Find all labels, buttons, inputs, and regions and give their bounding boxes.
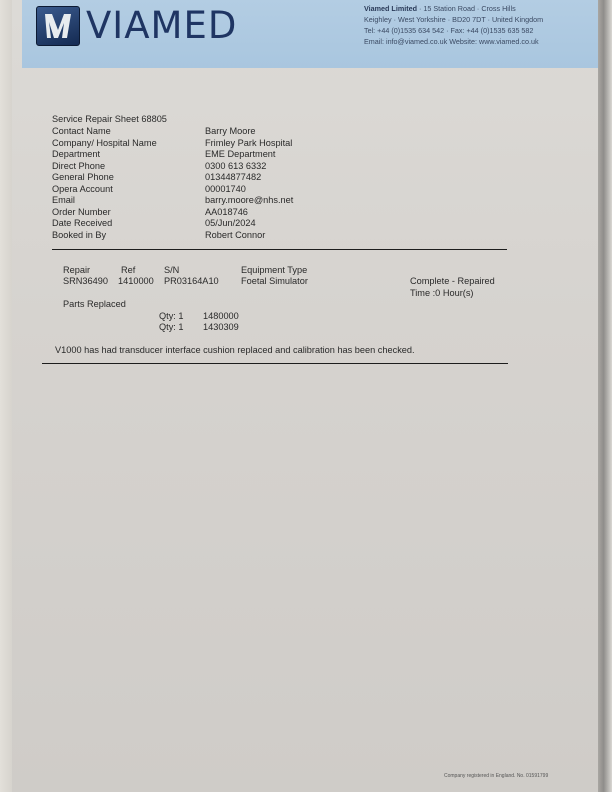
field-value: 01344877482 (205, 172, 261, 182)
time-text: Time :0 Hour(s) (410, 288, 473, 298)
field-value: barry.moore@nhs.net (205, 195, 293, 205)
field-label: Direct Phone (52, 161, 105, 171)
sheet-title: Service Repair Sheet 68805 (52, 114, 167, 124)
field-value: Barry Moore (205, 126, 256, 136)
repair-header: Repair (63, 265, 90, 275)
ref-value: 1410000 (118, 276, 154, 286)
part-qty: Qty: 1 (159, 322, 184, 332)
repair-notes: V1000 has had transducer interface cushi… (55, 345, 415, 355)
equipment-type: Foetal Simulator (241, 276, 308, 286)
field-label: Contact Name (52, 126, 111, 136)
field-value: 05/Jun/2024 (205, 218, 256, 228)
field-label: Booked in By (52, 230, 106, 240)
status-text: Complete - Repaired (410, 276, 495, 286)
repair-number: SRN36490 (63, 276, 108, 286)
field-label: General Phone (52, 172, 114, 182)
field-value: EME Department (205, 149, 275, 159)
repair-sheet: Service Repair Sheet 68805 Contact Name … (0, 0, 612, 792)
field-value: AA018746 (205, 207, 248, 217)
field-value: 0300 613 6332 (205, 161, 266, 171)
field-value: Frimley Park Hospital (205, 138, 292, 148)
divider (42, 363, 508, 364)
field-label: Order Number (52, 207, 111, 217)
field-label: Email (52, 195, 75, 205)
field-label: Company/ Hospital Name (52, 138, 157, 148)
sn-header: S/N (164, 265, 179, 275)
parts-title: Parts Replaced (63, 299, 126, 309)
divider (52, 249, 507, 250)
field-label: Opera Account (52, 184, 113, 194)
part-number: 1430309 (203, 322, 239, 332)
field-label: Department (52, 149, 100, 159)
part-qty: Qty: 1 (159, 311, 184, 321)
footer-registration: Company registered in England. No. 01591… (444, 773, 548, 779)
part-number: 1480000 (203, 311, 239, 321)
equipment-header: Equipment Type (241, 265, 307, 275)
field-label: Date Received (52, 218, 112, 228)
field-value: Robert Connor (205, 230, 265, 240)
field-value: 00001740 (205, 184, 246, 194)
serial-number: PR03164A10 (164, 276, 219, 286)
ref-header: Ref (121, 265, 135, 275)
